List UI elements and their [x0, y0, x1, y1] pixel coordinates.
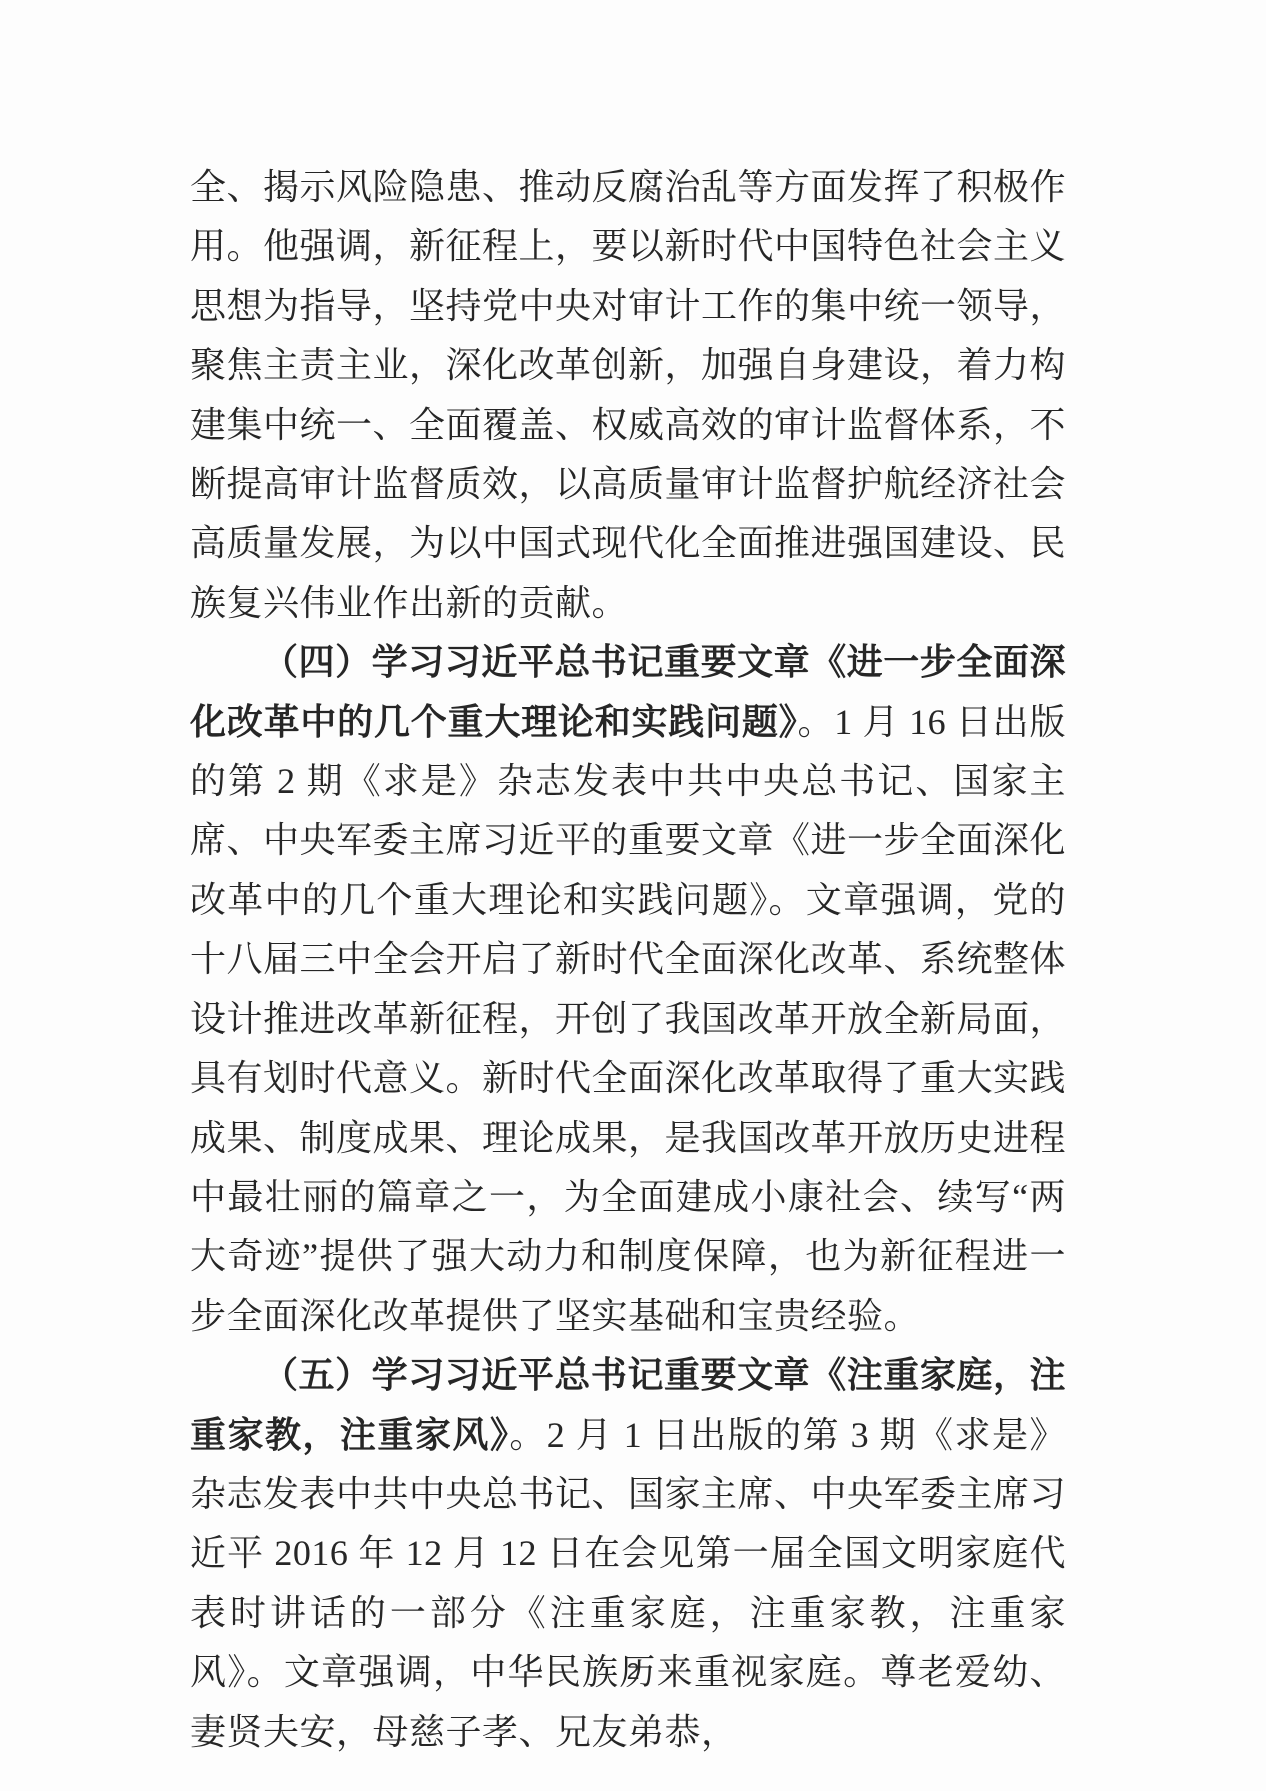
- page-number: 2: [0, 1656, 1266, 1686]
- document-page: 全、揭示风险隐患、推动反腐治乱等方面发挥了积极作用。他强调，新征程上，要以新时代…: [0, 0, 1266, 1791]
- body-text: 。2 月 1 日出版的第 3 期《求是》杂志发表中共中央总书记、国家主席、中央军…: [190, 1415, 1066, 1752]
- document-body: 全、揭示风险隐患、推动反腐治乱等方面发挥了积极作用。他强调，新征程上，要以新时代…: [190, 158, 1066, 1762]
- paragraph-item-four: （四）学习习近平总书记重要文章《进一步全面深化改革中的几个重大理论和实践问题》。…: [190, 633, 1066, 1346]
- body-text: 全、揭示风险隐患、推动反腐治乱等方面发挥了积极作用。他强调，新征程上，要以新时代…: [190, 167, 1066, 623]
- paragraph-item-five: （五）学习习近平总书记重要文章《注重家庭，注重家教，注重家风》。2 月 1 日出…: [190, 1346, 1066, 1762]
- paragraph-continuation: 全、揭示风险隐患、推动反腐治乱等方面发挥了积极作用。他强调，新征程上，要以新时代…: [190, 158, 1066, 633]
- body-text: 。1 月 16 日出版的第 2 期《求是》杂志发表中共中央总书记、国家主席、中央…: [190, 702, 1066, 1336]
